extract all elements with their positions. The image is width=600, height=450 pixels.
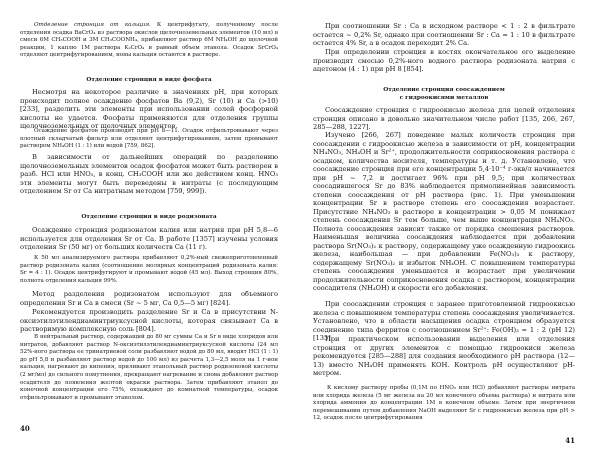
paragraph-complexing-agent: Рекомендуется производить разделение Sr …: [20, 308, 278, 334]
paragraph-phosphate-procedure: Осаждение фосфатов производят при pH 8—1…: [20, 128, 278, 151]
paragraph-coprecipitation-intro: Соосаждение стронция с гидроокисью желез…: [313, 106, 575, 132]
paragraph-rhodizonate-procedure: К 50 мл анализируемого раствора прибавля…: [20, 255, 278, 285]
paragraph-calcium-separation: Отделение стронция от кальция. К центриф…: [20, 22, 278, 60]
paragraph-text: Рекомендуется производить разделение Sr …: [20, 308, 278, 334]
section-heading-phosphate: Отделение стронция в виде фосфата: [20, 76, 278, 84]
section-heading-coprecipitation: Отделение стронция соосаждением с гидроо…: [313, 86, 575, 102]
paragraph-text: Метод разделения родизонатом используют …: [20, 290, 278, 307]
paragraph-ratio-results: При соотношении Sr : Ca в исходном раств…: [313, 22, 575, 48]
paragraph-bone-determination: При определении стронция в костях оконча…: [313, 48, 575, 74]
paragraph-volumetric-method: Метод разделения родизонатом используют …: [20, 290, 278, 307]
paragraph-practical-use: При практическом использовании выделения…: [313, 335, 575, 378]
paragraph-coprecipitation-study: Изучено [266, 267] поведение малых колич…: [313, 131, 575, 293]
page-number: 40: [20, 424, 30, 433]
paragraph-text: К кислому раствору пробы (0,1M по HNO₃ и…: [313, 385, 575, 423]
section-heading-rhodizonate: Отделение стронция в виде родизоната: [20, 213, 278, 221]
paragraph-rhodizonate-intro: Осаждение стронция родизонатом калия или…: [20, 226, 278, 252]
paragraph-phosphate-dissolution: В зависимости от дальнейших операций по …: [20, 153, 278, 196]
paragraph-text: В зависимости от дальнейших операций по …: [20, 153, 278, 196]
paragraph-neutral-solution-procedure: В нейтральный раствор, содержащий до 80 …: [20, 334, 278, 402]
paragraph-phosphate-intro: Несмотря на некоторое различие в значени…: [20, 88, 278, 131]
heading-line: Отделение стронция соосаждением: [313, 86, 575, 94]
left-page: Отделение стронция от кальция. К центриф…: [20, 0, 278, 450]
paragraph-acid-solution-procedure: К кислому раствору пробы (0,1M по HNO₃ и…: [313, 385, 575, 423]
paragraph-text: При определении стронция в костях оконча…: [313, 48, 575, 74]
paragraph-text: При соотношении Sr : Ca в исходном раств…: [313, 22, 575, 48]
paragraph-text: Изучено [266, 267] поведение малых колич…: [313, 131, 575, 293]
paragraph-text: Осаждение стронция родизонатом калия или…: [20, 226, 278, 252]
right-page: При соотношении Sr : Ca в исходном раств…: [313, 0, 575, 450]
paragraph-text: Осаждение фосфатов производят при pH 8—1…: [20, 128, 278, 151]
paragraph-text: В нейтральный раствор, содержащий до 80 …: [20, 334, 278, 402]
paragraph-text: Несмотря на некоторое различие в значени…: [20, 88, 278, 131]
paragraph-text: К 50 мл анализируемого раствора прибавля…: [20, 255, 278, 285]
page-number: 41: [565, 436, 575, 445]
paragraph-text: Соосаждение стронция с гидроокисью желез…: [313, 106, 575, 132]
paragraph-run-in-title: Отделение стронция от кальция.: [34, 22, 151, 28]
paragraph-text: При практическом использовании выделения…: [313, 335, 575, 378]
heading-line: с гидроокисями металлов: [313, 94, 575, 102]
